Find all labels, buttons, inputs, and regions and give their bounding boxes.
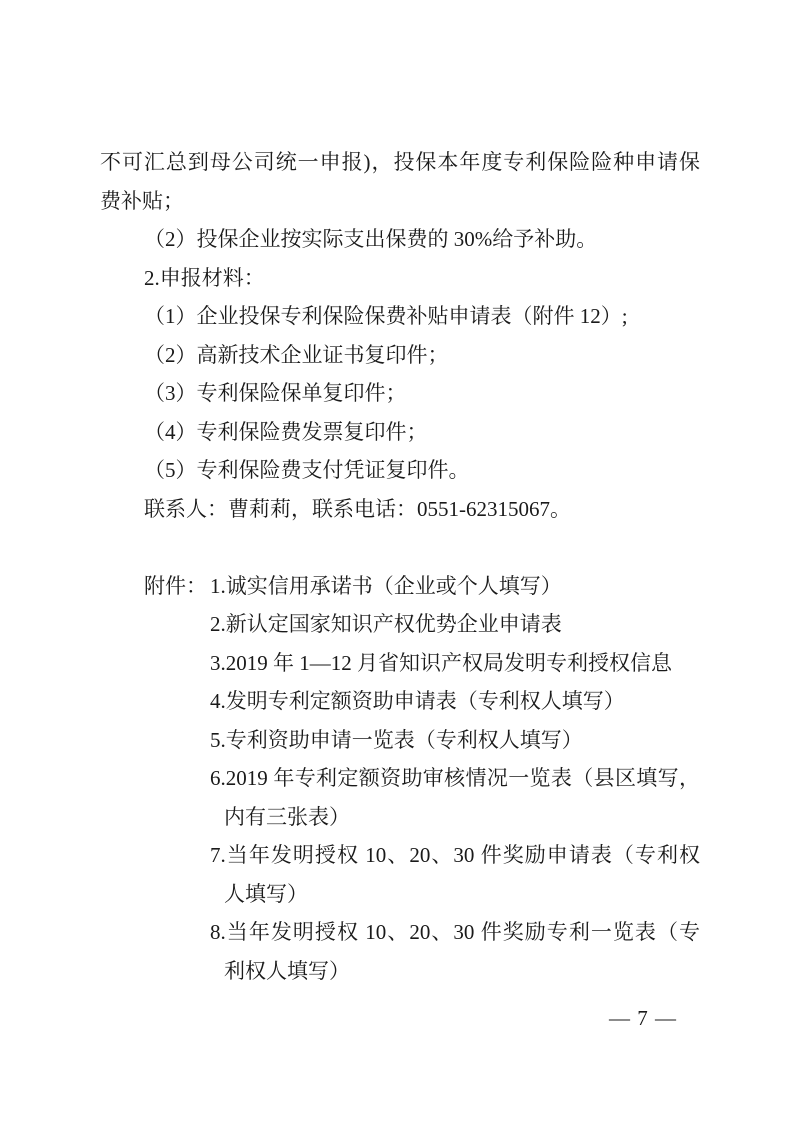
body-line: （2）投保企业按实际支出保费的 30%给予补助。 <box>100 220 700 259</box>
attachment-item-continuation: 内有三张表） <box>210 798 700 837</box>
attachment-item: 1.诚实信用承诺书（企业或个人填写） <box>210 567 700 606</box>
attachment-item-continuation: 人填写） <box>210 875 700 914</box>
contact-line: 联系人：曹莉莉，联系电话：0551-62315067。 <box>100 490 700 529</box>
attachment-item: 3.2019 年 1—12 月省知识产权局发明专利授权信息 <box>210 644 700 683</box>
body-line: （3）专利保险保单复印件； <box>100 374 700 413</box>
body-line: （1）企业投保专利保险保费补贴申请表（附件 12）; <box>100 297 700 336</box>
attachment-item: 7.当年发明授权 10、20、30 件奖励申请表（专利权 <box>210 836 700 875</box>
body-line: 费补贴； <box>100 182 700 221</box>
body-line: 不可汇总到母公司统一申报)，投保本年度专利保险险种申请保 <box>100 143 700 182</box>
attachment-item: 2.新认定国家知识产权优势企业申请表 <box>210 605 700 644</box>
body-line: （5）专利保险费支付凭证复印件。 <box>100 451 700 490</box>
body-line: （2）高新技术企业证书复印件； <box>100 336 700 375</box>
attachments-section: 附件： 1.诚实信用承诺书（企业或个人填写） 2.新认定国家知识产权优势企业申请… <box>144 567 700 991</box>
attachment-item-continuation: 利权人填写） <box>210 952 700 991</box>
attachment-item: 5.专利资助申请一览表（专利权人填写） <box>210 721 700 760</box>
attachments-label: 附件： <box>144 567 207 606</box>
document-page: 不可汇总到母公司统一申报)，投保本年度专利保险险种申请保 费补贴； （2）投保企… <box>0 0 793 1122</box>
body-line: （4）专利保险费发票复印件； <box>100 413 700 452</box>
document-body: 不可汇总到母公司统一申报)，投保本年度专利保险险种申请保 费补贴； （2）投保企… <box>100 143 700 990</box>
attachment-item: 8.当年发明授权 10、20、30 件奖励专利一览表（专 <box>210 913 700 952</box>
page-number: — 7 — <box>609 1004 677 1032</box>
section-heading: 2.申报材料： <box>100 259 700 298</box>
attachment-item: 6.2019 年专利定额资助审核情况一览表（县区填写， <box>210 759 700 798</box>
attachment-item: 4.发明专利定额资助申请表（专利权人填写） <box>210 682 700 721</box>
